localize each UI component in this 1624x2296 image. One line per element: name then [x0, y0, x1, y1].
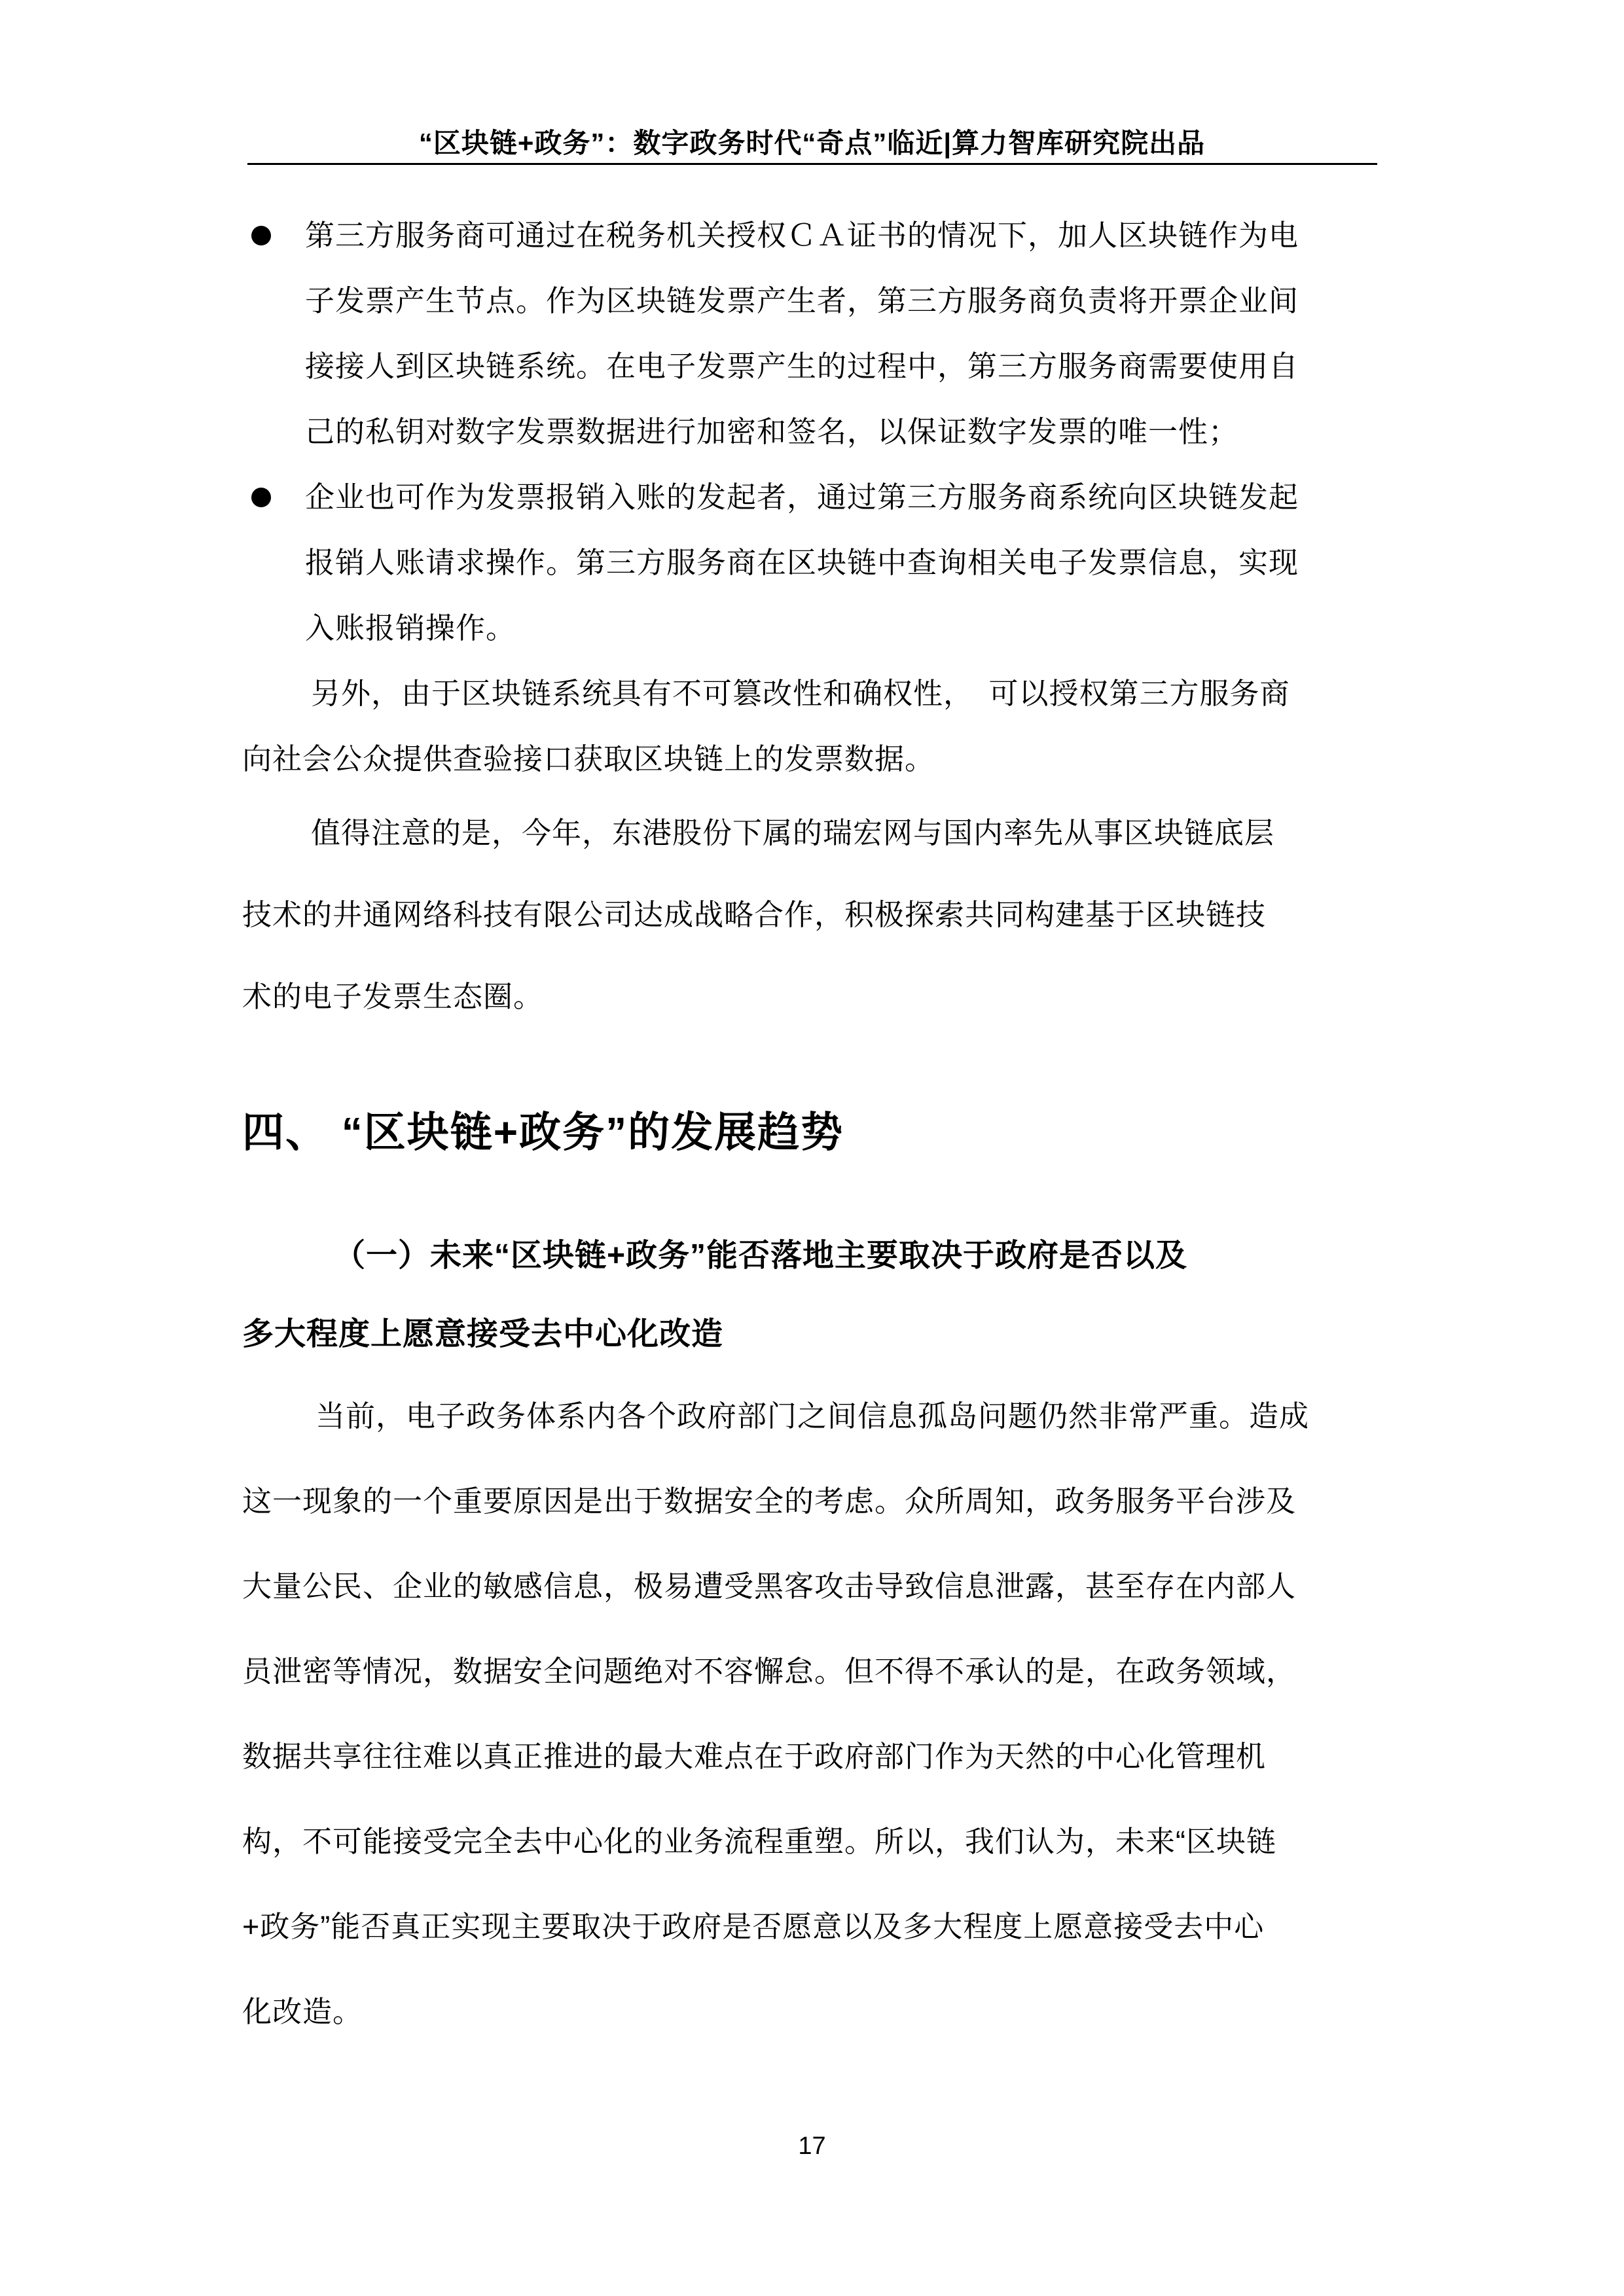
body-line: 这一现象的一个重要原因是出于数据安全的考虑。众所周知，政务服务平台涉及	[242, 1459, 1384, 1544]
body-line: 构，不可能接受完全去中心化的业务流程重塑。所以，我们认为，未来“区块链	[242, 1799, 1384, 1884]
bullet-line: 报销人账请求操作。第三方服务商在区块链中查询相关电子发票信息，实现	[305, 530, 1384, 596]
body-line: 员泄密等情况，数据安全问题绝对不容懈怠。但不得不承认的是，在政务领域，	[242, 1629, 1384, 1714]
paragraph: 值得注意的是，今年，东港股份下属的瑞宏网与国内率先从事区块链底层 技术的井通网络…	[242, 792, 1384, 1037]
paragraph-line: 术的电子发票生态圈。	[242, 956, 1384, 1037]
body-line: 当前，电子政务体系内各个政府部门之间信息孤岛问题仍然非常严重。造成	[242, 1374, 1384, 1459]
subsection-heading: （一）未来“区块链+政务”能否落地主要取决于政府是否以及 多大程度上愿意接受去中…	[242, 1217, 1384, 1374]
bullet-line: 接接人到区块链系统。在电子发票产生的过程中，第三方服务商需要使用自	[305, 334, 1384, 399]
bullet-item: 第三方服务商可通过在税务机关授权ＣＡ证书的情况下，加人区块链作为电 子发票产生节…	[242, 203, 1384, 465]
page-content: 第三方服务商可通过在税务机关授权ＣＡ证书的情况下，加人区块链作为电 子发票产生节…	[242, 203, 1384, 2054]
paragraph-line: 另外，由于区块链系统具有不可篡改性和确权性， 可以授权第三方服务商	[242, 661, 1384, 726]
bullet-dot-icon	[251, 226, 271, 245]
bullet-text: 企业也可作为发票报销入账的发起者，通过第三方服务商系统向区块链发起 报销人账请求…	[305, 465, 1384, 661]
section-heading: 四、 “区块链+政务”的发展趋势	[242, 1103, 1384, 1162]
paragraph-line: 向社会公众提供查验接口获取区块链上的发票数据。	[242, 726, 1384, 792]
body-line: 化改造。	[242, 1969, 1384, 2054]
paragraph-line: 值得注意的是，今年，东港股份下属的瑞宏网与国内率先从事区块链底层	[242, 792, 1384, 874]
body-line: +政务”能否真正实现主要取决于政府是否愿意以及多大程度上愿意接受去中心	[242, 1884, 1384, 1969]
subsection-heading-line: （一）未来“区块链+政务”能否落地主要取决于政府是否以及	[242, 1217, 1384, 1295]
bullet-line: 子发票产生节点。作为区块链发票产生者，第三方服务商负责将开票企业间	[305, 268, 1384, 334]
subsection-heading-line: 多大程度上愿意接受去中心化改造	[242, 1295, 1384, 1374]
bullet-marker	[242, 203, 305, 465]
page-number: 17	[0, 2132, 1624, 2161]
bullet-line: 入账报销操作。	[305, 596, 1384, 661]
bullet-marker	[242, 465, 305, 661]
page-header-title: “区块链+政务”：数字政务时代“奇点”临近|算力智库研究院出品	[0, 122, 1624, 161]
body-line: 数据共享往往难以真正推进的最大难点在于政府部门作为天然的中心化管理机	[242, 1714, 1384, 1799]
bullet-item: 企业也可作为发票报销入账的发起者，通过第三方服务商系统向区块链发起 报销人账请求…	[242, 465, 1384, 661]
bullet-line: 己的私钥对数字发票数据进行加密和签名，以保证数字发票的唯一性；	[305, 399, 1384, 465]
body-line: 大量公民、企业的敏感信息，极易遭受黑客攻击导致信息泄露，甚至存在内部人	[242, 1544, 1384, 1629]
header-divider	[247, 163, 1377, 165]
paragraph-line: 技术的井通网络科技有限公司达成战略合作，积极探索共同构建基于区块链技	[242, 874, 1384, 956]
bullet-dot-icon	[251, 488, 271, 507]
bullet-text: 第三方服务商可通过在税务机关授权ＣＡ证书的情况下，加人区块链作为电 子发票产生节…	[305, 203, 1384, 465]
bullet-line: 第三方服务商可通过在税务机关授权ＣＡ证书的情况下，加人区块链作为电	[305, 203, 1384, 268]
body-paragraph: 当前，电子政务体系内各个政府部门之间信息孤岛问题仍然非常严重。造成 这一现象的一…	[242, 1374, 1384, 2054]
document-page: “区块链+政务”：数字政务时代“奇点”临近|算力智库研究院出品 第三方服务商可通…	[0, 0, 1624, 2296]
bullet-line: 企业也可作为发票报销入账的发起者，通过第三方服务商系统向区块链发起	[305, 465, 1384, 530]
paragraph: 另外，由于区块链系统具有不可篡改性和确权性， 可以授权第三方服务商 向社会公众提…	[242, 661, 1384, 792]
